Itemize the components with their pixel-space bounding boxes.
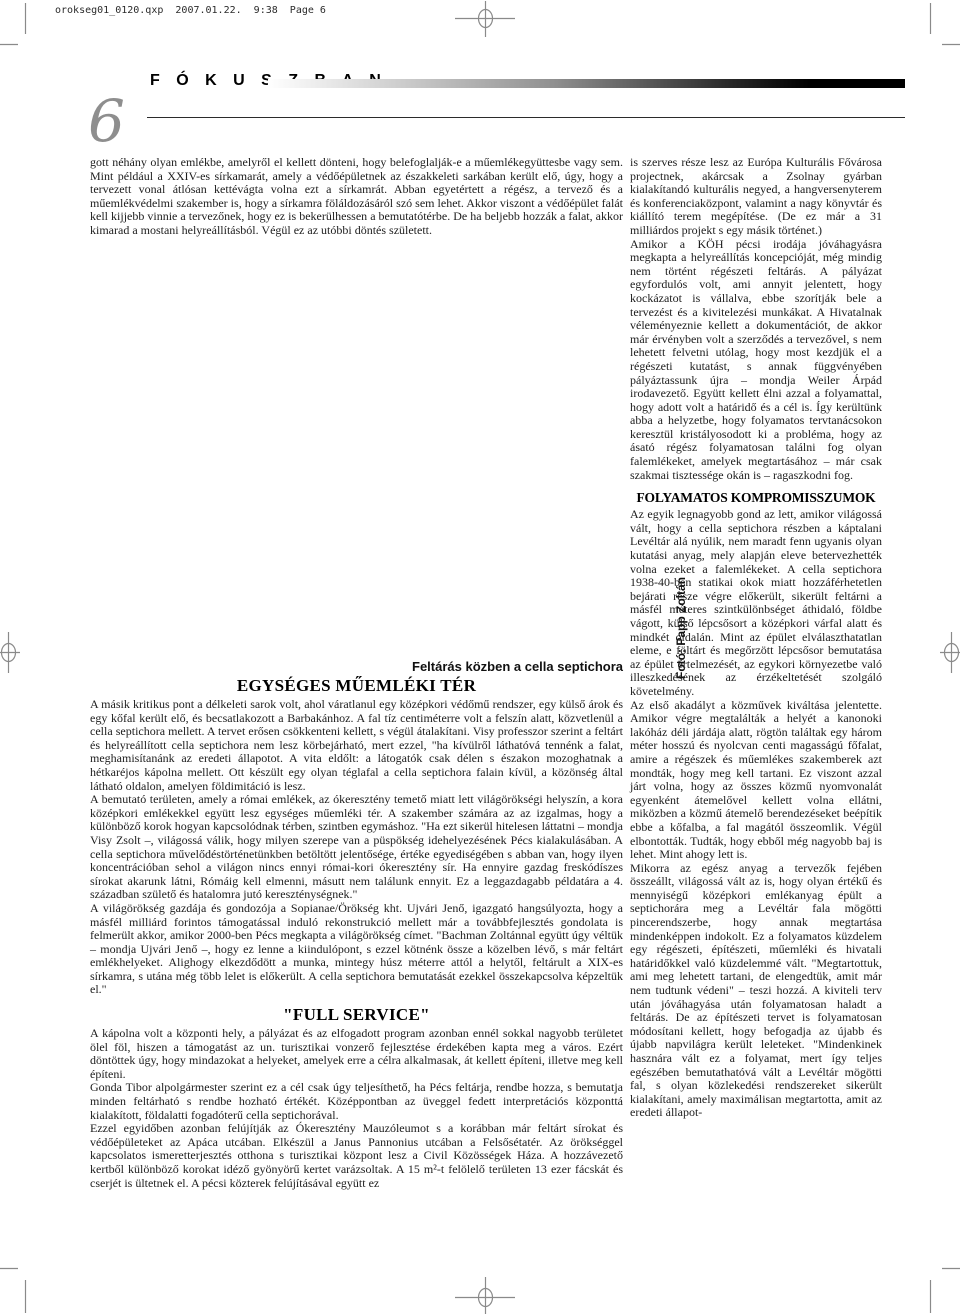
intro-block: gott néhány olyan emlékbe, amelyről el k… (90, 156, 623, 238)
scanned-magazine-page: orokseg01_0120.qxp 2007.01.22. 9:38 Page… (0, 0, 960, 1315)
masthead-gradient-bar (268, 79, 905, 88)
paragraph: Amikor a KÖH pécsi irodája jóváhagyásra … (630, 238, 882, 483)
photo-caption: Feltárás közben a cella septichora (90, 659, 623, 674)
paragraph: A világörökség gazdája és gondozója a So… (90, 902, 623, 997)
paragraph: Az első akadályt a közművek kiváltása je… (630, 699, 882, 862)
photo-placeholder (90, 270, 623, 645)
paragraph: Ezzel egyidőben azonban felújítják az Ók… (90, 1122, 623, 1190)
paragraph: Az egyik legnagyobb gond az lett, amikor… (630, 508, 882, 698)
heading-full-service: "FULL SERVICE" (90, 1005, 623, 1024)
heading-unified-monument-space: EGYSÉGES MŰEMLÉKI TÉR (90, 676, 623, 695)
paragraph: gott néhány olyan emlékbe, amelyről el k… (90, 156, 623, 238)
right-column-bottom-paragraphs: Az egyik legnagyobb gond az lett, amikor… (630, 508, 882, 1120)
paragraph: Gonda Tibor alpolgármester szerint ez a … (90, 1081, 623, 1122)
section-full-service-paragraphs: A kápolna volt a központi hely, a pályáz… (90, 1027, 623, 1190)
article-main-block: EGYSÉGES MŰEMLÉKI TÉR A másik kritikus p… (90, 676, 623, 1190)
paragraph: Mikorra az egész anyag a tervezők fejébe… (630, 862, 882, 1120)
right-column: is szerves része lesz az Európa Kulturál… (630, 156, 882, 1120)
print-slug-line: orokseg01_0120.qxp 2007.01.22. 9:38 Page… (55, 5, 326, 16)
paragraph: is szerves része lesz az Európa Kulturál… (630, 156, 882, 238)
paragraph: A másik kritikus pont a délkeleti sarok … (90, 698, 623, 793)
masthead-rule (147, 117, 905, 118)
paragraph: A bemutató területen, amely a római emlé… (90, 793, 623, 902)
heading-continuous-compromises: FOLYAMATOS KOMPROMISSZUMOK (630, 490, 882, 505)
section-unified-paragraphs: A másik kritikus pont a délkeleti sarok … (90, 698, 623, 997)
right-column-top-paragraphs: is szerves része lesz az Európa Kulturál… (630, 156, 882, 482)
paragraph: A kápolna volt a központi hely, a pályáz… (90, 1027, 623, 1081)
page-number: 6 (88, 92, 125, 150)
